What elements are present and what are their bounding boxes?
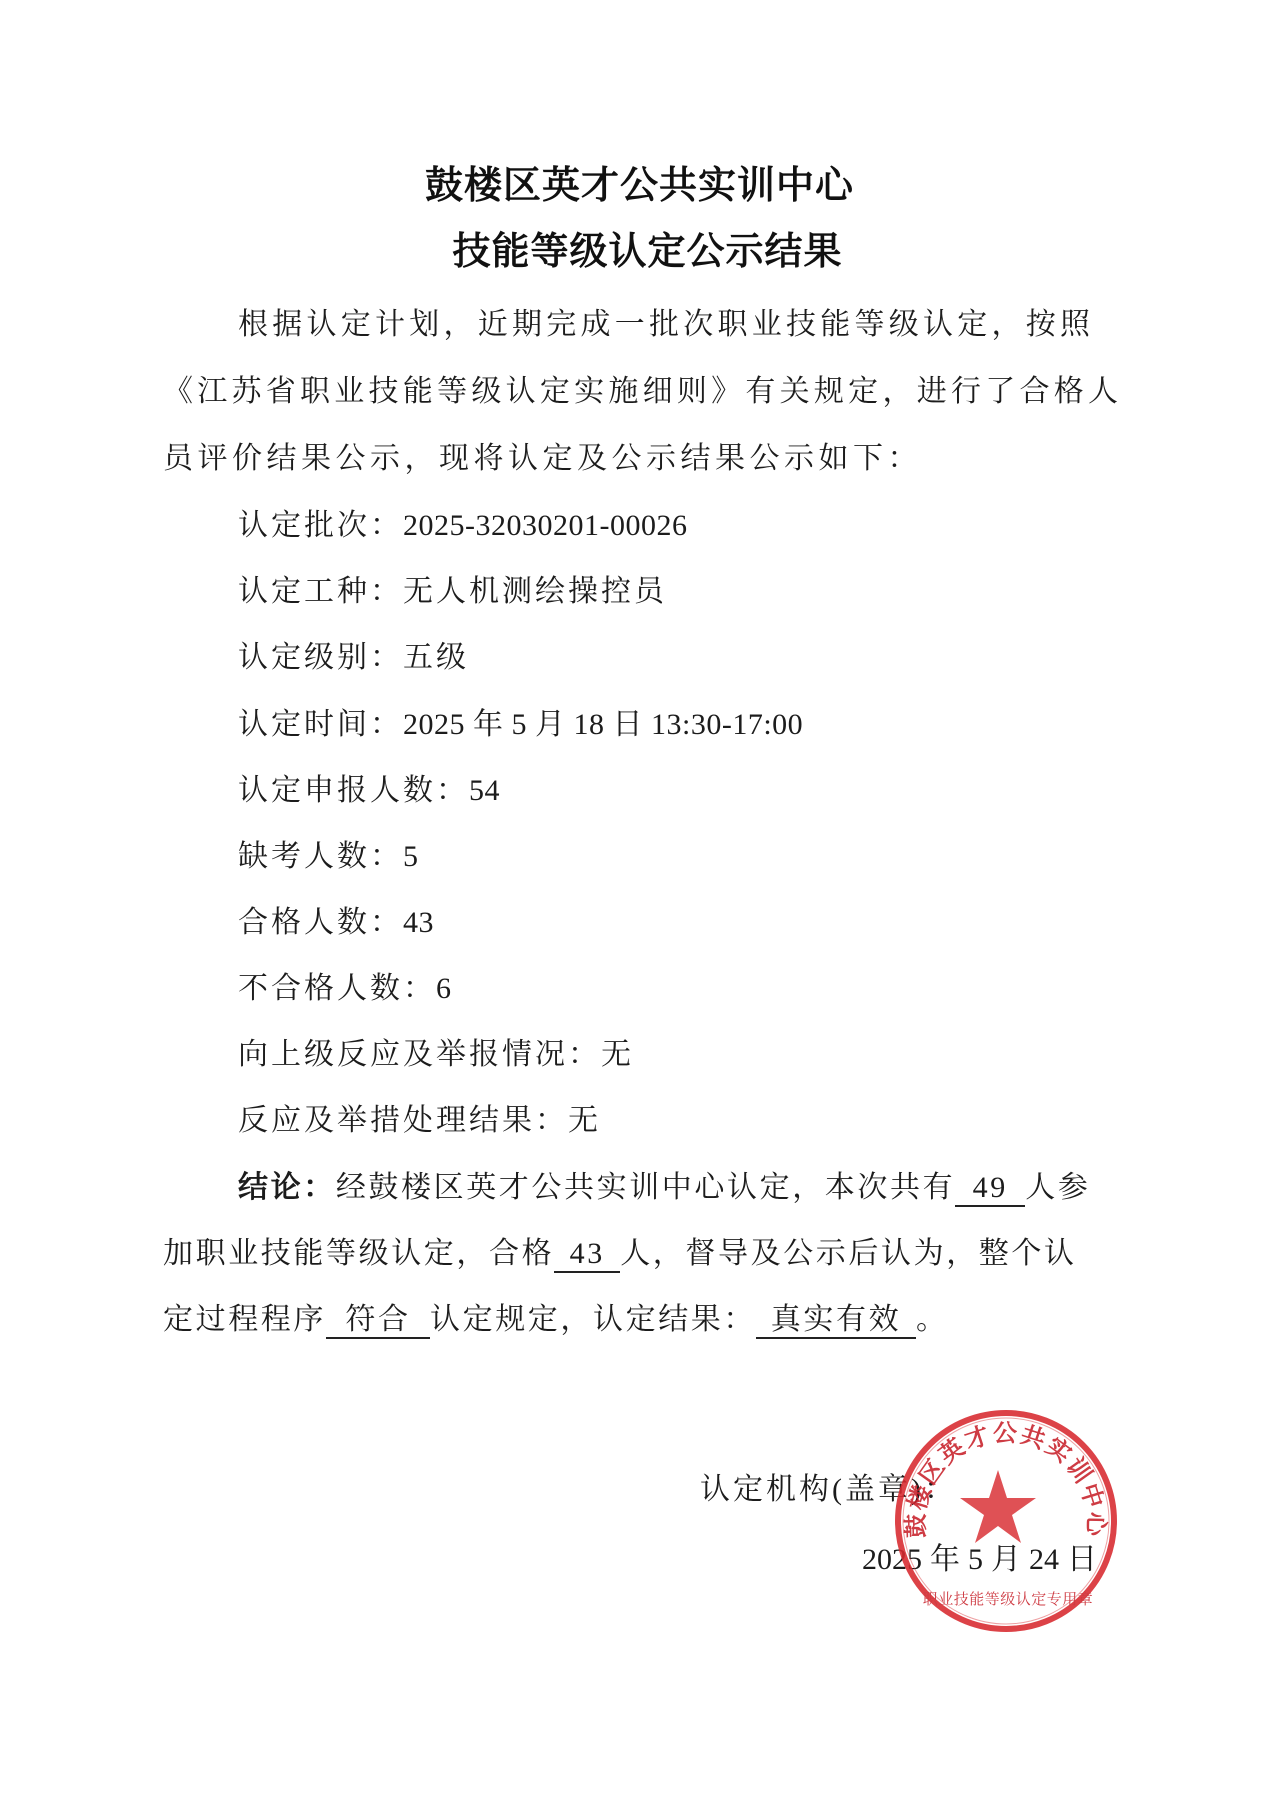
- field-value: 43: [403, 906, 434, 939]
- intro-line-2: 《江苏省职业技能等级认定实施细则》有关规定，进行了合格人: [163, 372, 1118, 412]
- field-passed: 合格人数：43: [238, 903, 434, 943]
- conclusion-text: 。: [916, 1303, 949, 1336]
- field-level: 认定级别：五级: [238, 638, 469, 678]
- conclusion-text: 人参: [1025, 1171, 1090, 1204]
- official-seal-icon: 鼓楼区英才公共实训中心 职业技能等级认定专用章: [893, 1408, 1119, 1634]
- field-absent: 缺考人数：5: [238, 837, 419, 877]
- field-complaints: 向上级反应及举报情况：无: [238, 1035, 632, 1075]
- passed-count: 43: [554, 1237, 620, 1273]
- field-applicants: 认定申报人数：54: [238, 771, 500, 811]
- field-value: 5: [403, 840, 419, 873]
- date-day-unit: 日: [1067, 1543, 1097, 1576]
- date-day: 24: [1029, 1543, 1059, 1576]
- conclusion-colon: ：: [303, 1171, 336, 1204]
- conclusion-text: 认定规定，认定结果：: [430, 1303, 756, 1336]
- document-page: 鼓楼区英才公共实训中心 技能等级认定公示结果 根据认定计划，近期完成一批次职业技…: [0, 0, 1279, 1810]
- document-title-organization: 鼓楼区英才公共实训中心: [0, 163, 1279, 207]
- field-value: 54: [469, 774, 500, 807]
- date-year: 2025: [862, 1543, 922, 1576]
- field-label: 向上级反应及举报情况：: [238, 1038, 601, 1071]
- field-value: 无: [601, 1038, 632, 1071]
- field-value: 五级: [403, 641, 469, 674]
- conclusion-line-2: 加职业技能等级认定，合格43人，督导及公示后认为，整个认: [163, 1234, 1077, 1274]
- intro-line-1: 根据认定计划，近期完成一批次职业技能等级认定，按照: [238, 305, 1090, 345]
- conclusion-text: 经鼓楼区英才公共实训中心认定，本次共有: [336, 1171, 955, 1204]
- issue-date: 2025年5月24日: [862, 1540, 1105, 1580]
- conclusion-line-3: 定过程程序符合认定规定，认定结果：真实有效。: [163, 1300, 949, 1340]
- seal-star-icon: [960, 1470, 1036, 1543]
- result-value: 真实有效: [756, 1303, 916, 1339]
- field-time: 认定时间：2025 年 5 月 18 日 13:30-17:00: [238, 705, 803, 745]
- conclusion-text: 定过程程序: [163, 1303, 326, 1336]
- field-label: 认定申报人数：: [238, 774, 469, 807]
- compliance-value: 符合: [326, 1303, 430, 1339]
- issuing-organization-label: 认定机构(盖章)：: [700, 1470, 957, 1510]
- field-label: 反应及举措处理结果：: [238, 1104, 568, 1137]
- conclusion-line-1: 结论：经鼓楼区英才公共实训中心认定，本次共有49人参: [238, 1168, 1090, 1208]
- field-value: 2025 年 5 月 18 日 13:30-17:00: [403, 708, 803, 741]
- field-value: 无: [568, 1104, 599, 1137]
- date-month: 5: [968, 1543, 983, 1576]
- document-title-subject: 技能等级认定公示结果: [8, 229, 1279, 273]
- field-label: 不合格人数：: [238, 972, 436, 1005]
- field-complaint-handling: 反应及举措处理结果：无: [238, 1101, 599, 1141]
- field-label: 认定级别：: [238, 641, 403, 674]
- field-occupation: 认定工种：无人机测绘操控员: [238, 572, 667, 612]
- field-value: 2025-32030201-00026: [403, 509, 687, 542]
- field-label: 缺考人数：: [238, 840, 403, 873]
- intro-line-3: 员评价结果公示，现将认定及公示结果公示如下：: [163, 439, 922, 479]
- date-year-unit: 年: [930, 1543, 960, 1576]
- conclusion-text: 加职业技能等级认定，合格: [163, 1237, 554, 1270]
- field-label: 合格人数：: [238, 906, 403, 939]
- field-failed: 不合格人数：6: [238, 969, 452, 1009]
- field-value: 6: [436, 972, 452, 1005]
- participants-count: 49: [955, 1171, 1025, 1207]
- field-label: 认定工种：: [238, 575, 403, 608]
- field-label: 认定时间：: [238, 708, 403, 741]
- seal-inner-text: 职业技能等级认定专用章: [923, 1590, 1094, 1608]
- field-label: 认定批次：: [238, 509, 403, 542]
- field-batch: 认定批次：2025-32030201-00026: [238, 506, 687, 546]
- field-value: 无人机测绘操控员: [403, 575, 667, 608]
- conclusion-label: 结论: [238, 1171, 303, 1204]
- date-month-unit: 月: [991, 1543, 1021, 1576]
- conclusion-text: 人，督导及公示后认为，整个认: [620, 1237, 1076, 1270]
